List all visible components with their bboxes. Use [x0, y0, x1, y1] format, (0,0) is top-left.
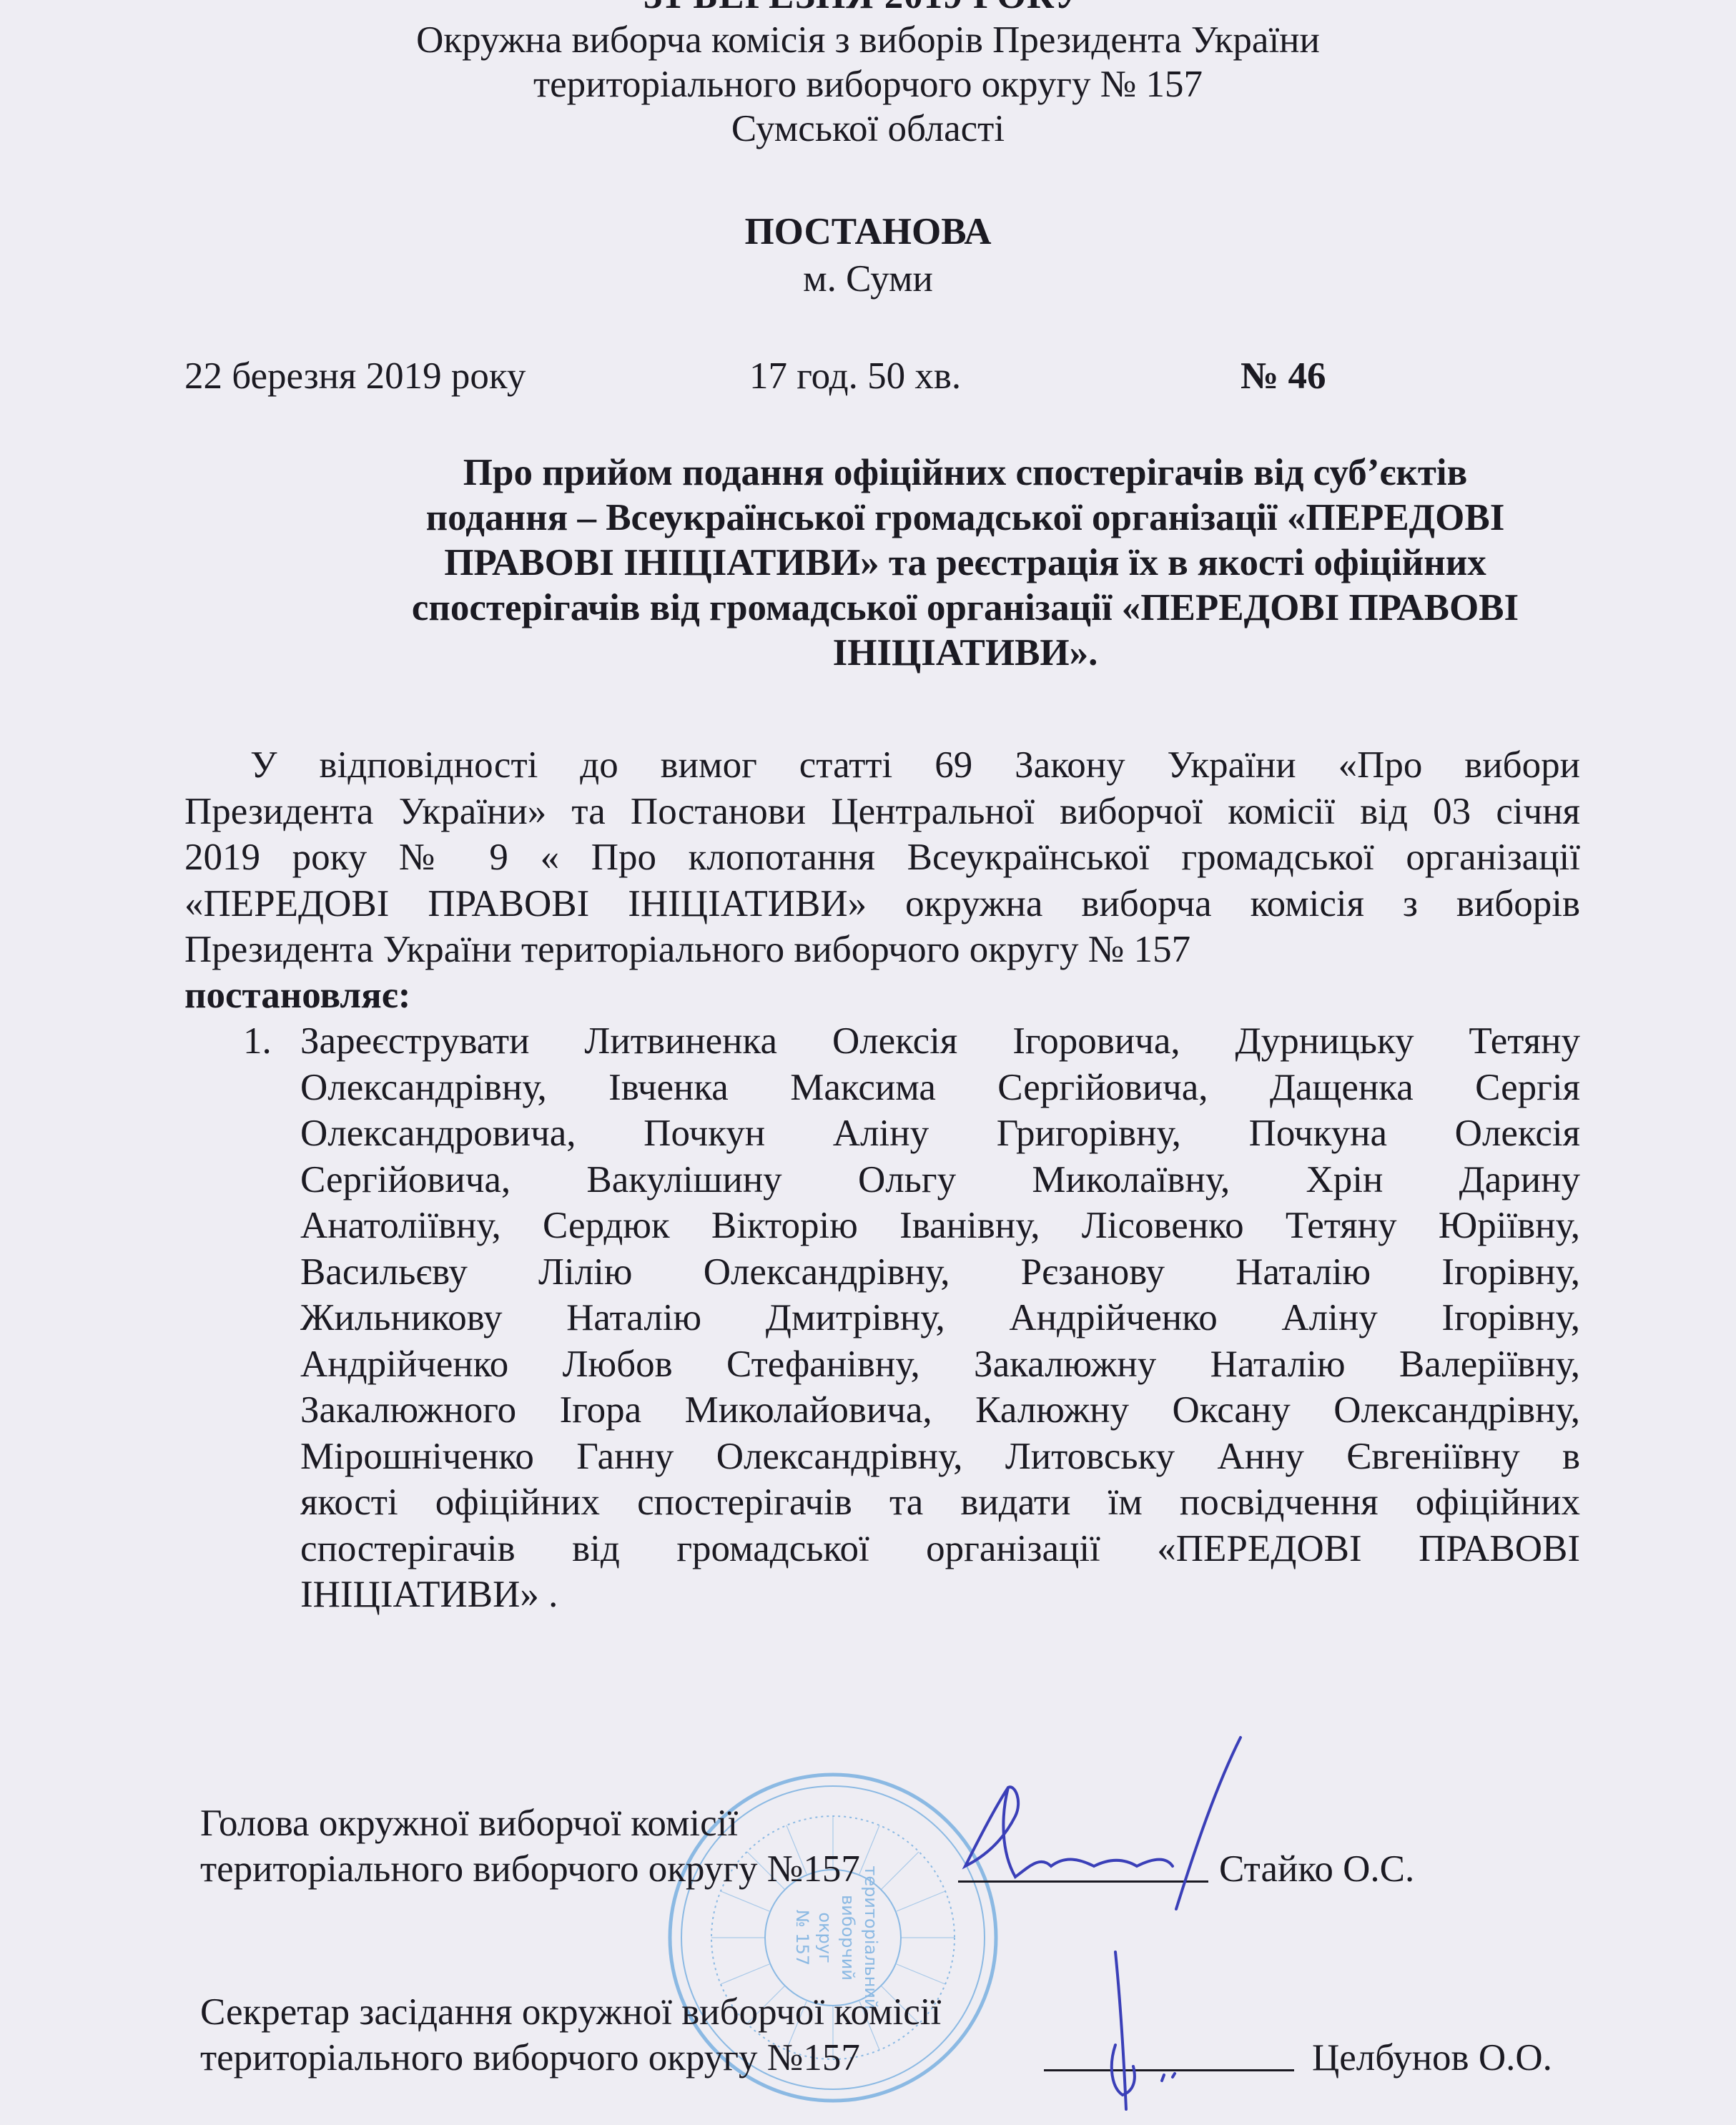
item-line: якості офіційних спостерігачів та видати… [300, 1479, 1580, 1526]
signer-1-signature [958, 1730, 1258, 1916]
item-number: 1. [243, 1018, 272, 1064]
item-line: Мірошніченко Ганну Олександрівну, Литовс… [300, 1434, 1580, 1480]
stamp-text-line: № 157 [792, 1910, 812, 1966]
preamble: У відповідності до вимог статті 69 Закон… [184, 742, 1580, 973]
item-line: ІНІЦІАТИВИ» . [300, 1572, 1580, 1618]
signer-1-role-line2: територіального виборчого округу №157 [200, 1846, 860, 1892]
item-line: Зареєструвати Литвиненка Олексія Ігорови… [300, 1018, 1580, 1065]
resolves-label: постановляє: [184, 972, 410, 1018]
item-line: Васильєву Лілію Олександрівну, Рєзанову … [300, 1249, 1580, 1296]
signer-2-role-line1: Секретар засідання окружної виборчої ком… [200, 1989, 941, 2035]
decision-date: 22 березня 2019 року [184, 353, 526, 399]
signer-1-name: Стайко О.С. [1219, 1846, 1414, 1892]
signer-1-role-line1: Голова окружної виборчої комісії [200, 1800, 738, 1846]
title-line: ІНІЦІАТИВИ». [350, 631, 1580, 676]
item-line: спостерігачів від громадської організаці… [300, 1526, 1580, 1572]
title-line: спостерігачів від громадської організаці… [350, 586, 1580, 631]
doc-type-title: ПОСТАНОВА [0, 209, 1736, 255]
city: м. Суми [0, 256, 1736, 302]
item-line: Анатоліївну, Сердюк Вікторію Іванівну, Л… [300, 1203, 1580, 1249]
decision-title: Про прийом подання офіційних спостерігач… [350, 450, 1580, 676]
item-text: Зареєструвати Литвиненка Олексія Ігорови… [300, 1018, 1580, 1618]
header-district: територіального виборчого округу № 157 [0, 61, 1736, 107]
stamp-text-line: округ [815, 1912, 835, 1963]
document-page: 31 БЕРЕЗНЯ 2019 РОКУ Окружна виборча ком… [0, 0, 1736, 2125]
stamp-text-line: виборчий [838, 1895, 858, 1981]
item-line: Олександрівну, Івченка Максима Сергійови… [300, 1065, 1580, 1111]
signer-2-signature [1094, 1945, 1208, 2124]
decision-time: 17 год. 50 хв. [749, 353, 961, 399]
decision-number: № 46 [1241, 353, 1326, 399]
item-line: Сергійовича, Вакулішину Ольгу Миколаївну… [300, 1157, 1580, 1203]
title-line: Про прийом подання офіційних спостерігач… [350, 450, 1580, 495]
title-line: ПРАВОВІ ІНІЦІАТИВИ» та реєстрація їх в я… [350, 541, 1580, 586]
item-line: Андрійченко Любов Стефанівну, Закалюжну … [300, 1341, 1580, 1388]
item-line: Закалюжного Ігора Миколайовича, Калюжну … [300, 1387, 1580, 1434]
header-commission: Окружна виборча комісія з виборів Презид… [0, 17, 1736, 63]
signer-2-role-line2: територіального виборчого округу №157 [200, 2035, 860, 2081]
preamble-line: Президента України територіального вибор… [184, 927, 1580, 973]
item-line: Олександровича, Почкун Аліну Григорівну,… [300, 1110, 1580, 1157]
stamp-text-line: територіальний [861, 1865, 881, 2009]
title-line: подання – Всеукраїнської громадської орг… [350, 495, 1580, 541]
signer-2-name: Целбунов О.О. [1312, 2035, 1552, 2081]
header-region: Сумської області [0, 106, 1736, 152]
preamble-line: Президента України» та Постанови Централ… [184, 789, 1580, 835]
item-line: Жильникову Наталію Дмитрівну, Андрійченк… [300, 1295, 1580, 1341]
preamble-line: У відповідності до вимог статті 69 Закон… [184, 742, 1580, 789]
preamble-line: 2019 року № 9 « Про клопотання Всеукраїн… [184, 834, 1580, 881]
preamble-line: «ПЕРЕДОВІ ПРАВОВІ ІНІЦІАТИВИ» окружна ви… [184, 881, 1580, 927]
top-cut-line: 31 БЕРЕЗНЯ 2019 РОКУ [643, 0, 1083, 17]
